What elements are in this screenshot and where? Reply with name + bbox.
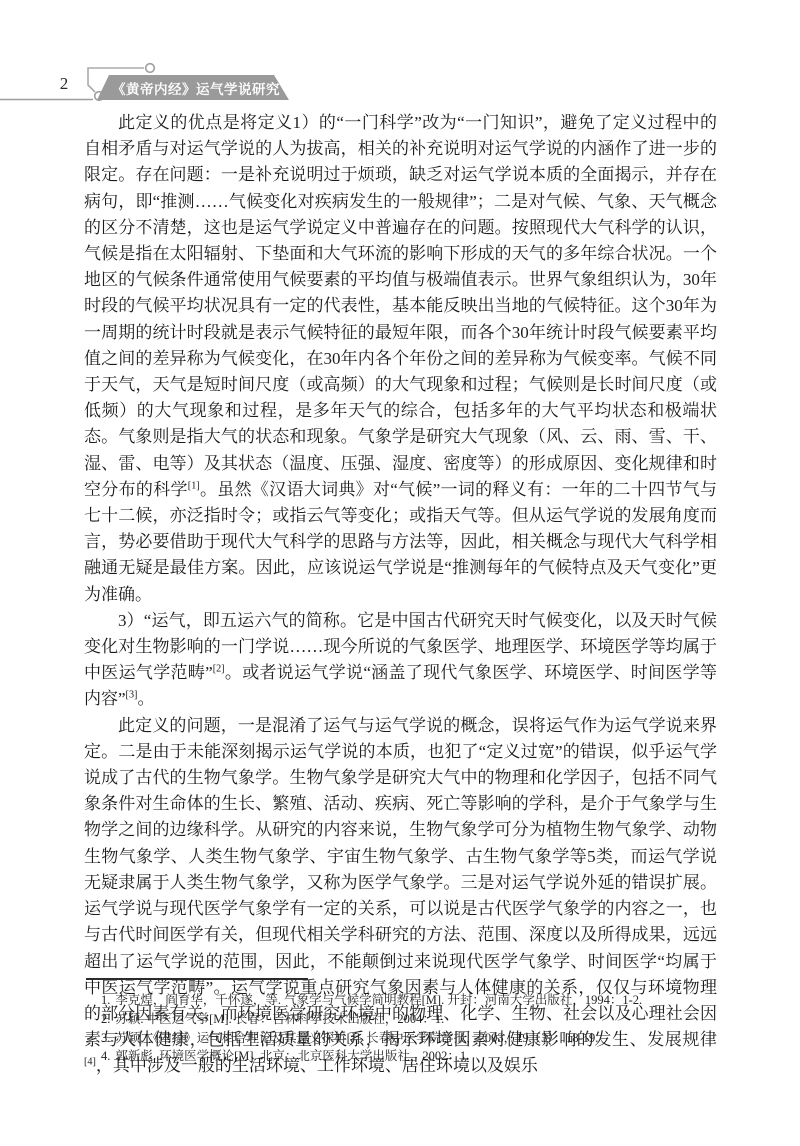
footnote-ref: [3] xyxy=(126,690,138,701)
footnote-divider xyxy=(86,978,308,980)
body-paragraph: 此定义的优点是将定义1）的“一门科学”改为“一门知识”，避免了定义过程中的自相矛… xyxy=(84,110,717,608)
footnote-item: 1.李克煌，阎育华，千怀遂，等. 气象学与气候学简明教程[M]. 开封：河南大学… xyxy=(84,991,717,1010)
footnote-number: 1. xyxy=(101,991,110,1010)
footnotes-section: 1.李克煌，阎育华，千怀遂，等. 气象学与气候学简明教程[M]. 开封：河南大学… xyxy=(84,978,717,1066)
footnote-number: 2. xyxy=(101,1010,110,1029)
running-head-title: 《黄帝内经》运气学说研究 xyxy=(106,78,280,98)
running-head-banner: 《黄帝内经》运气学说研究 xyxy=(97,75,289,100)
footnote-ref: [2] xyxy=(213,664,225,675)
body-text: 此定义的优点是将定义1）的“一门科学”改为“一门知识”，避免了定义过程中的自相矛… xyxy=(84,110,717,1080)
connector-ring-top-icon xyxy=(146,64,155,73)
footnote-item: 4.郭新彪. 环境医学概论[M]. 北京：北京医科大学出版社，2002：1. xyxy=(84,1047,717,1066)
body-paragraph: 3）“运气，即五运六气的简称。它是中国古代研究天时气候变化，以及天时气候变化对生… xyxy=(84,608,717,713)
footnote-number: 4. xyxy=(101,1047,110,1066)
footnote-text: 郭新彪. 环境医学概论[M]. 北京：北京医科大学出版社，2002：1. xyxy=(115,1047,717,1066)
footnote-number: 3. xyxy=(101,1029,110,1048)
footnote-item: 3.苏颖. 《内经》运气相合理论及其意义探析[J]. 长春中医学院学报，2003… xyxy=(84,1029,717,1048)
footnote-ref: [1] xyxy=(188,480,200,491)
footnote-list: 1.李克煌，阎育华，千怀遂，等. 气象学与气候学简明教程[M]. 开封：河南大学… xyxy=(84,991,717,1066)
book-page: 2 《黄帝内经》运气学说研究 此定义的优点是将定义1）的“一门科学”改为“一门知… xyxy=(0,0,800,1146)
footnote-text: 李克煌，阎育华，千怀遂，等. 气象学与气候学简明教程[M]. 开封：河南大学出版… xyxy=(115,991,717,1010)
page-number: 2 xyxy=(50,74,78,94)
footnote-text: 苏颖. 中医运气学[M]. 长春：吉林科学技术出版社，2004：1. xyxy=(115,1010,717,1029)
footnote-item: 2.苏颖. 中医运气学[M]. 长春：吉林科学技术出版社，2004：1. xyxy=(84,1010,717,1029)
footnote-text: 苏颖. 《内经》运气相合理论及其意义探析[J]. 长春中医学院学报，2003，1… xyxy=(115,1029,717,1048)
